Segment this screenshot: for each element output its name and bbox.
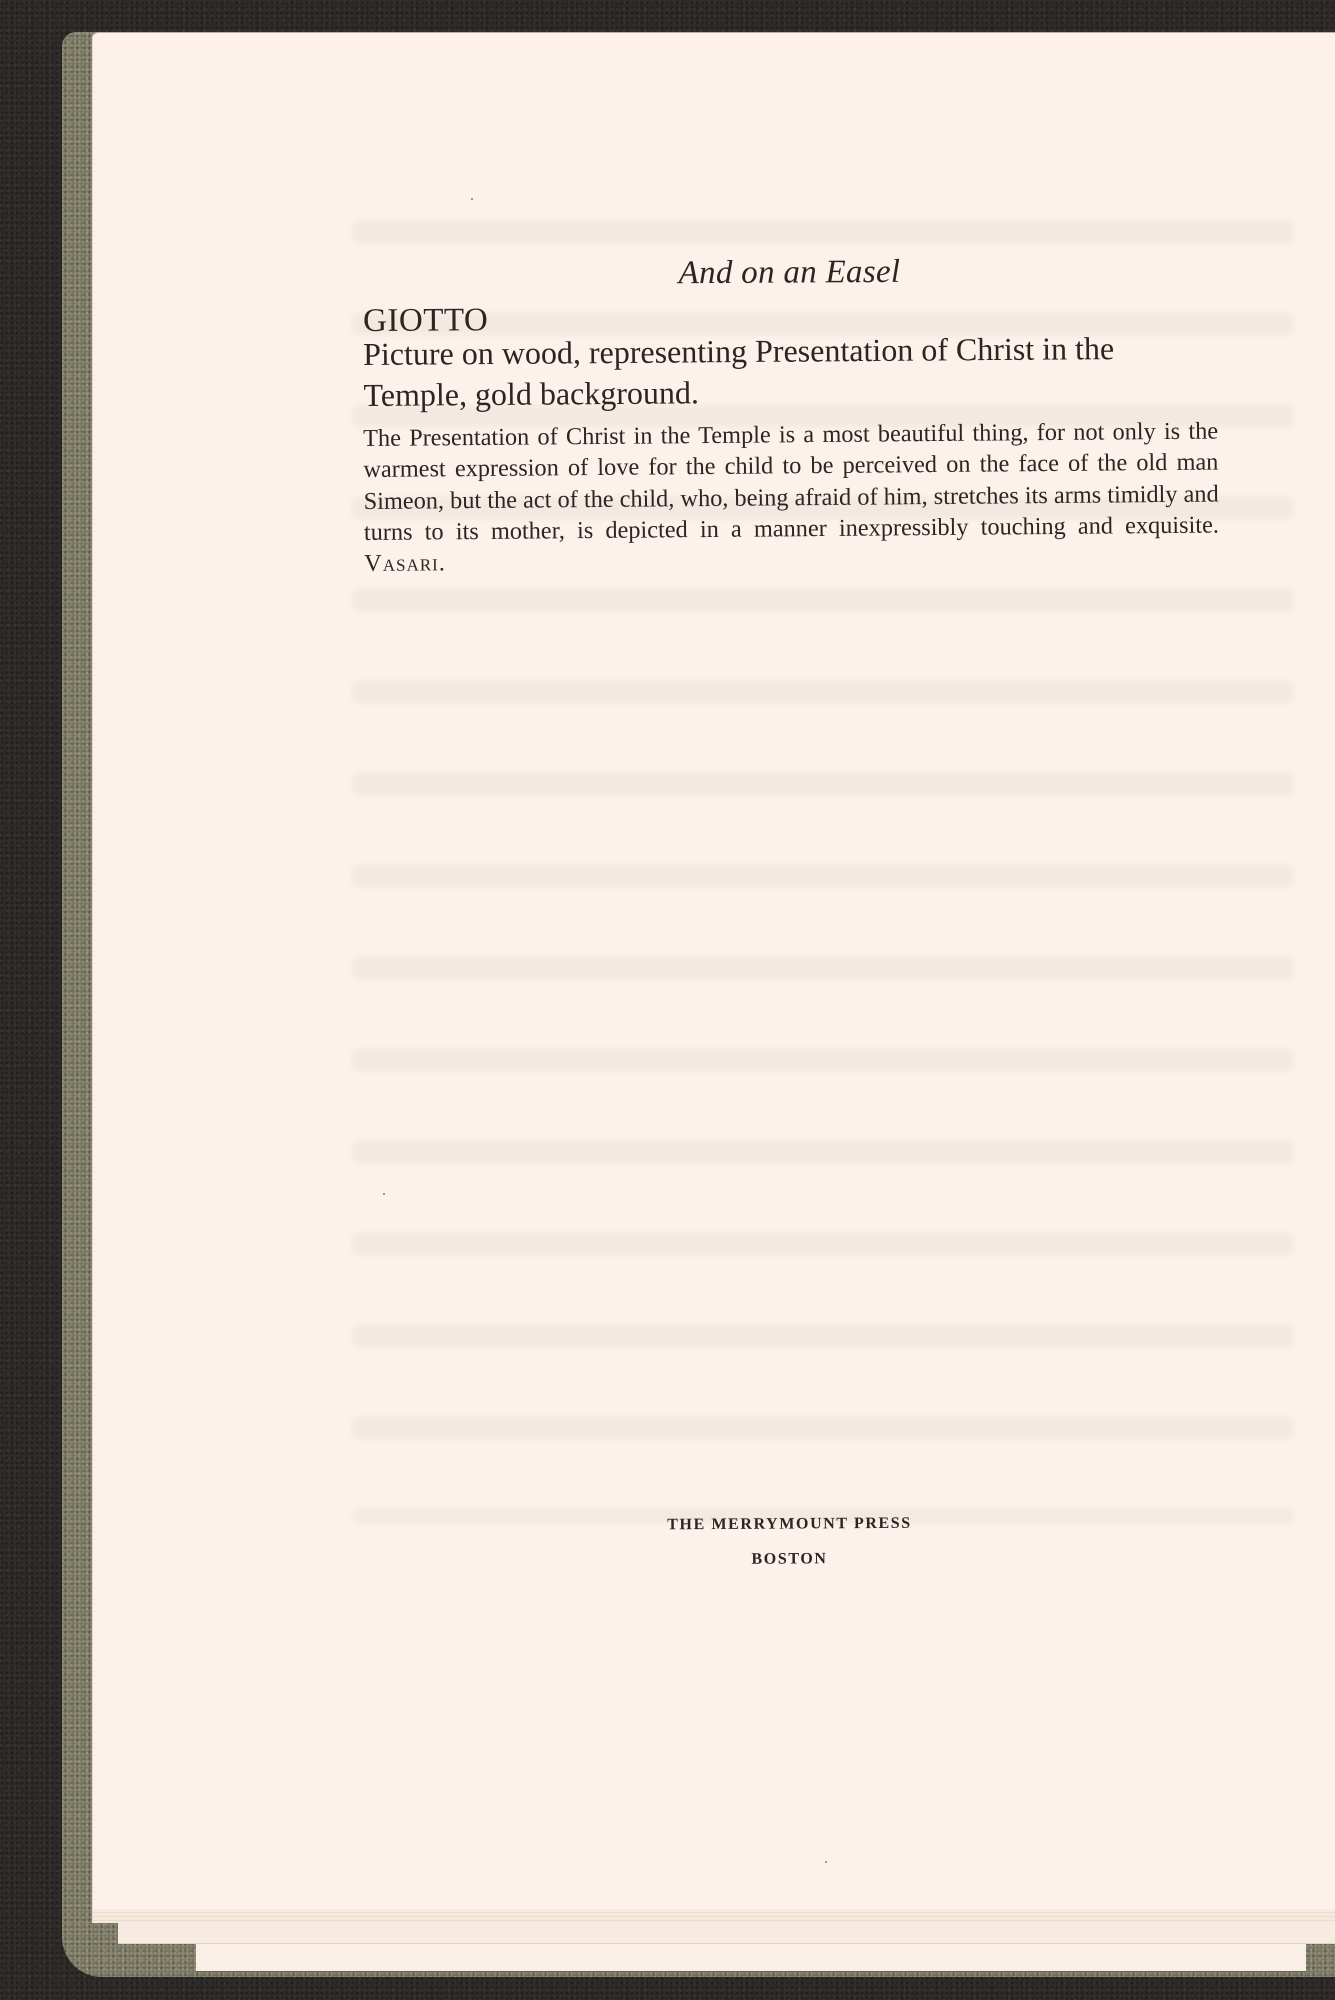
section-title: And on an Easel (93, 251, 1335, 296)
paper-speck (825, 1861, 827, 1863)
quote-text: The Presentation of Christ in the Temple… (363, 418, 1219, 546)
paper-speck (383, 1193, 385, 1195)
artwork-description: Picture on wood, representing Presentati… (363, 327, 1224, 416)
paper-speck (471, 198, 473, 200)
imprint-publisher: THE MERRYMOUNT PRESS (93, 1512, 1335, 1538)
imprint-city: BOSTON (93, 1547, 1335, 1573)
quote-author: Vasari. (364, 549, 446, 577)
page-content: And on an Easel GIOTTO Picture on wood, … (93, 33, 1335, 1923)
quote-block: The Presentation of Christ in the Temple… (363, 416, 1219, 580)
book-page: And on an Easel GIOTTO Picture on wood, … (92, 32, 1335, 1923)
